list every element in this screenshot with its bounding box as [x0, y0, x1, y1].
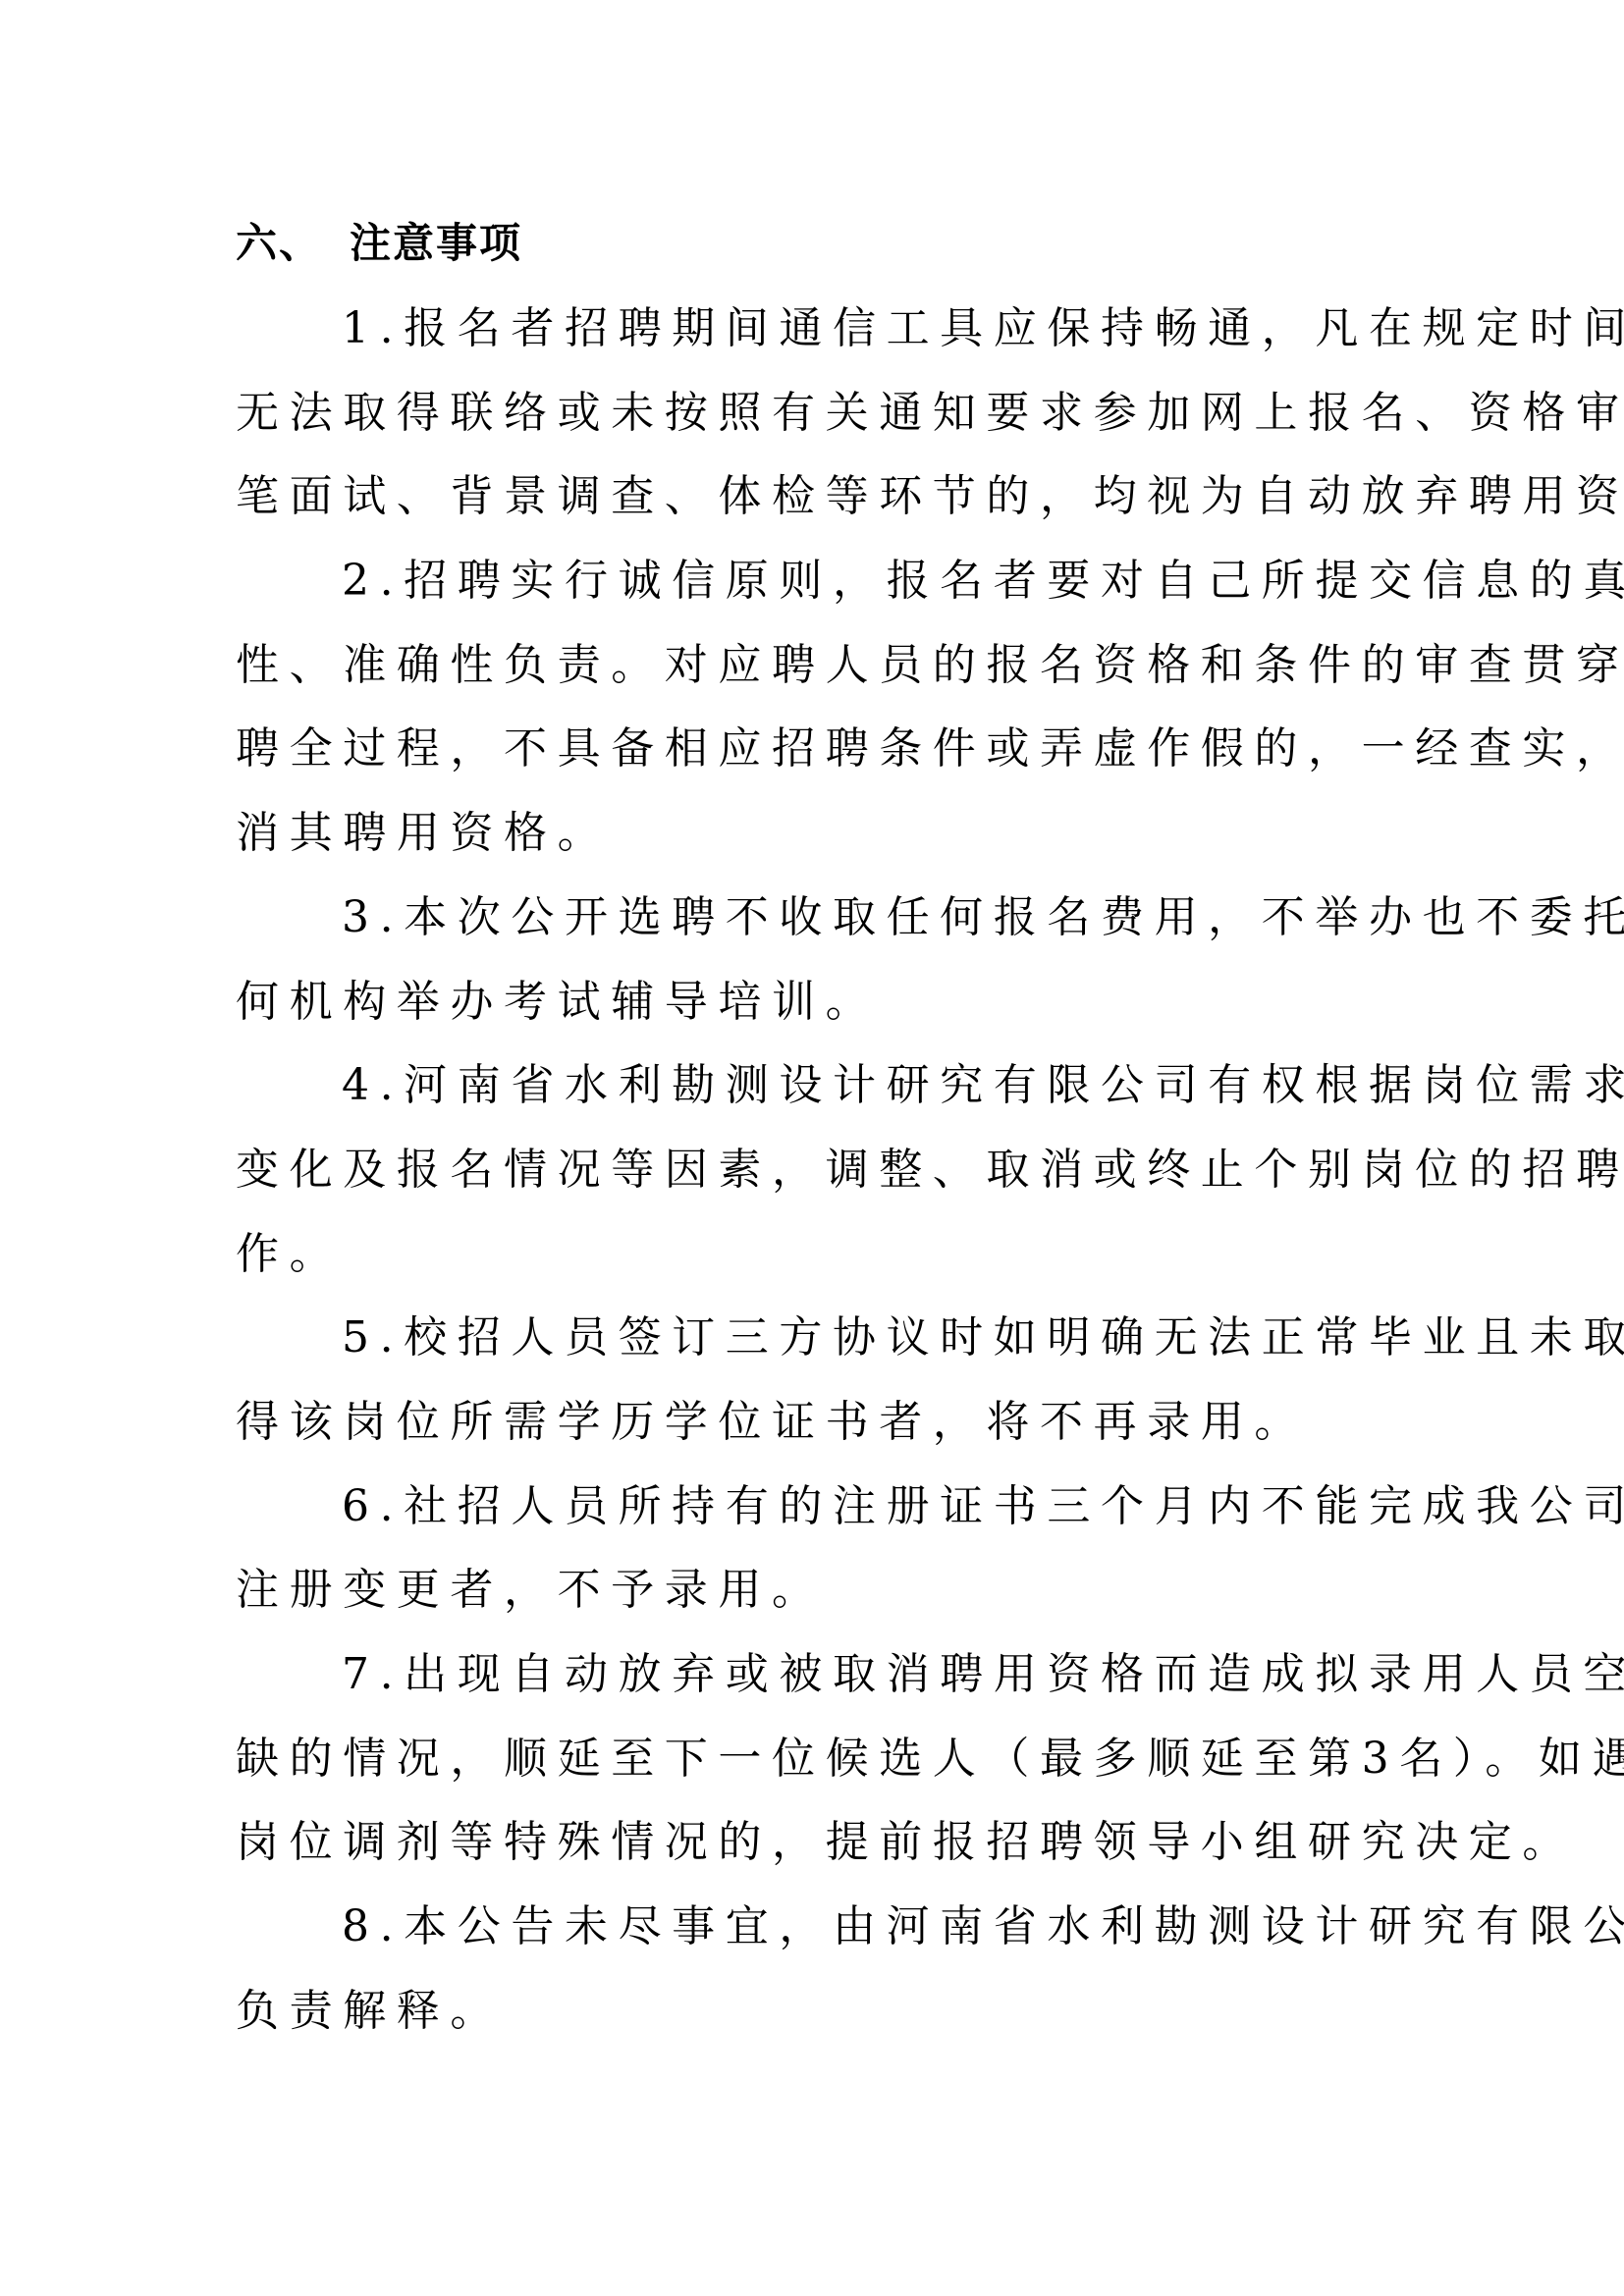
document-page: 六、注意事项 1.报名者招聘期间通信工具应保持畅通，凡在规定时间内， 无法取得联… — [0, 0, 1624, 2296]
section-title: 注意事项 — [350, 219, 522, 267]
text-line: 3.本次公开选聘不收取任何报名费用，不举办也不委托任 — [236, 888, 1400, 973]
text-line: 7.出现自动放弃或被取消聘用资格而造成拟录用人员空 — [236, 1645, 1400, 1730]
text-line: 6.社招人员所持有的注册证书三个月内不能完成我公司 — [236, 1477, 1400, 1562]
text-line: 岗位调剂等特殊情况的，提前报招聘领导小组研究决定。 — [236, 1813, 1400, 1897]
text-line: 作。 — [236, 1225, 1400, 1309]
notice-body: 1.报名者招聘期间通信工具应保持畅通，凡在规定时间内， 无法取得联络或未按照有关… — [236, 299, 1400, 2065]
text-line: 性、准确性负责。对应聘人员的报名资格和条件的审查贯穿招 — [236, 636, 1400, 721]
text-line: 2.招聘实行诚信原则，报名者要对自己所提交信息的真实 — [236, 552, 1400, 636]
text-line: 何机构举办考试辅导培训。 — [236, 973, 1400, 1057]
text-line: 负责解释。 — [236, 1982, 1400, 2066]
text-line: 消其聘用资格。 — [236, 804, 1400, 888]
text-line: 注册变更者，不予录用。 — [236, 1561, 1400, 1645]
text-line: 得该岗位所需学历学位证书者，将不再录用。 — [236, 1393, 1400, 1477]
text-line: 变化及报名情况等因素，调整、取消或终止个别岗位的招聘工 — [236, 1141, 1400, 1225]
text-line: 5.校招人员签订三方协议时如明确无法正常毕业且未取 — [236, 1308, 1400, 1393]
text-line: 聘全过程，不具备相应招聘条件或弄虚作假的，一经查实，取 — [236, 720, 1400, 804]
text-line: 缺的情况，顺延至下一位候选人（最多顺延至第3名）。如遇 — [236, 1730, 1400, 1814]
text-line: 1.报名者招聘期间通信工具应保持畅通，凡在规定时间内， — [236, 299, 1400, 384]
text-line: 无法取得联络或未按照有关通知要求参加网上报名、资格审查、 — [236, 384, 1400, 468]
section-number: 六、 — [236, 219, 322, 267]
text-line: 8.本公告未尽事宜，由河南省水利勘测设计研究有限公司 — [236, 1897, 1400, 1982]
text-line: 4.河南省水利勘测设计研究有限公司有权根据岗位需求 — [236, 1056, 1400, 1141]
section-heading: 六、注意事项 — [236, 214, 522, 273]
text-line: 笔面试、背景调查、体检等环节的，均视为自动放弃聘用资格。 — [236, 467, 1400, 552]
